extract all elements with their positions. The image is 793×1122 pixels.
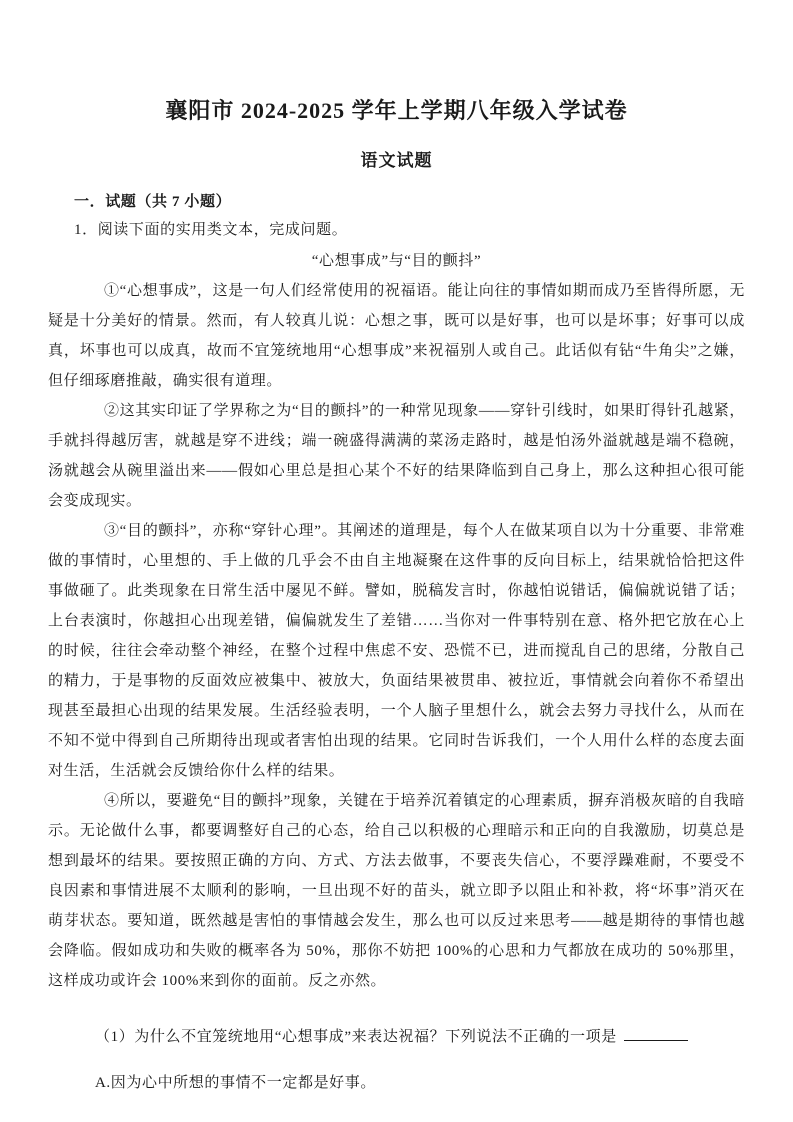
- sub-question-1-text: （1）为什么不宜笼统地用“心想事成”来表达祝福？下列说法不正确的一项是: [95, 1029, 617, 1045]
- option-a: A.因为心中所想的事情不一定都是好事。: [95, 1072, 745, 1094]
- passage-body: ①“心想事成”，这是一句人们经常使用的祝福语。能让向往的事情如期而成乃至皆得所愿…: [48, 276, 745, 996]
- passage-paragraph-3: ③“目的颤抖”，亦称“穿针心理”。其阐述的道理是，每个人在做某项自以为十分重要、…: [48, 516, 745, 786]
- sub-question-1: （1）为什么不宜笼统地用“心想事成”来表达祝福？下列说法不正确的一项是: [95, 1026, 745, 1048]
- page-title: 襄阳市 2024-2025 学年上学期八年级入学试卷: [48, 97, 745, 125]
- passage-paragraph-4: ④所以，要避免“目的颤抖”现象，关键在于培养沉着镇定的心理素质，摒弃消极灰暗的自…: [48, 786, 745, 996]
- document-page: 襄阳市 2024-2025 学年上学期八年级入学试卷 语文试题 一．试题（共 7…: [0, 0, 793, 1122]
- question-1-intro: 1．阅读下面的实用类文本，完成问题。: [74, 220, 745, 240]
- passage-title: “心想事成”与“目的颤抖”: [48, 251, 745, 271]
- passage-paragraph-1: ①“心想事成”，这是一句人们经常使用的祝福语。能让向往的事情如期而成乃至皆得所愿…: [48, 276, 745, 396]
- passage-paragraph-2: ②这其实印证了学界称之为“目的颤抖”的一种常见现象——穿针引线时，如果盯得针孔越…: [48, 396, 745, 516]
- answer-blank: [624, 1026, 688, 1041]
- doc-subtitle: 语文试题: [48, 150, 745, 171]
- section-heading: 一．试题（共 7 小题）: [74, 192, 745, 212]
